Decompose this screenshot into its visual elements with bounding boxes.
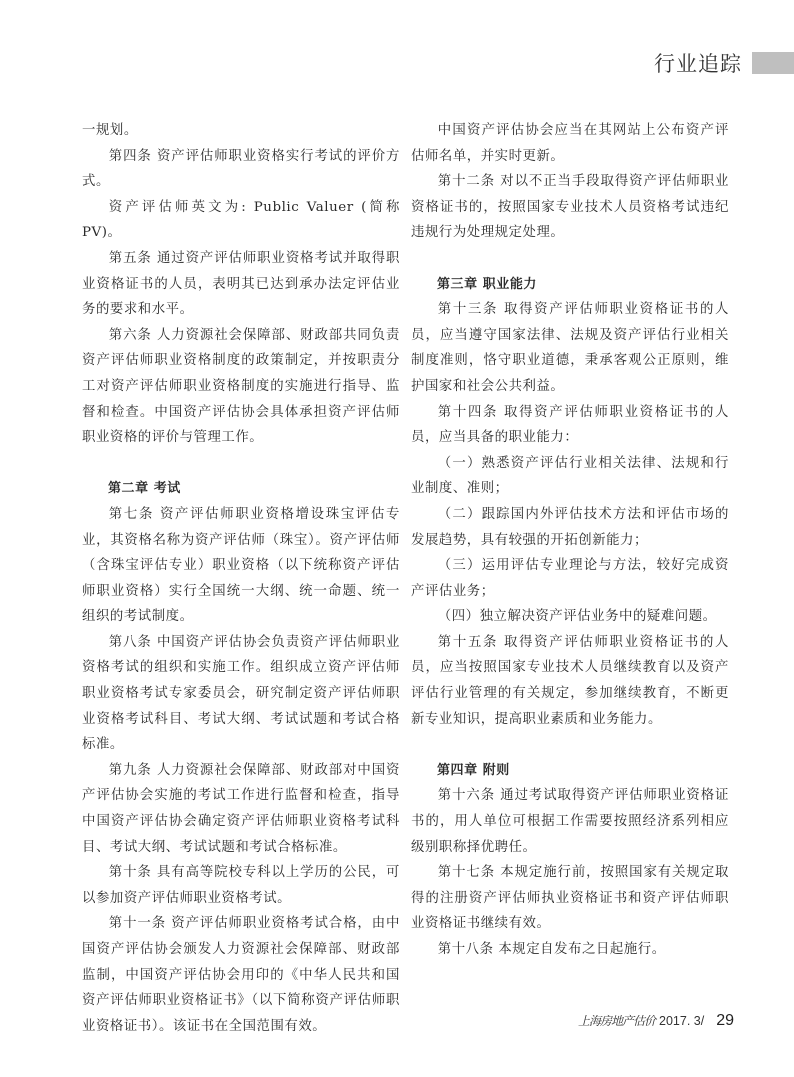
article-paragraph: 第十八条 本规定自发布之日起施行。 xyxy=(411,937,729,963)
article-paragraph: 第四条 资产评估师职业资格实行考试的评价方式。 xyxy=(82,144,400,195)
article-paragraph: 第十七条 本规定施行前，按照国家有关规定取得的注册资产评估师执业资格证书和资产评… xyxy=(411,860,729,937)
article-paragraph: 第十三条 取得资产评估师职业资格证书的人员，应当遵守国家法律、法规及资产评估行业… xyxy=(411,297,729,399)
issue-number: 2017. 3/ xyxy=(659,1014,704,1028)
article-paragraph: 第十条 具有高等院校专科以上学历的公民，可以参加资产评估师职业资格考试。 xyxy=(82,860,400,911)
chapter-heading: 第二章 考试 xyxy=(82,476,400,502)
chapter-heading: 第三章 职业能力 xyxy=(411,272,729,298)
article-paragraph: （三）运用评估专业理论与方法，较好完成资产评估业务； xyxy=(411,553,729,604)
page-number: 29 xyxy=(716,1012,734,1030)
article-paragraph: （二）跟踪国内外评估技术方法和评估市场的发展趋势，具有较强的开拓创新能力； xyxy=(411,502,729,553)
article-paragraph: 第十六条 通过考试取得资产评估师职业资格证书的，用人单位可根据工作需要按照经济系… xyxy=(411,783,729,860)
header-gray-bar xyxy=(752,52,794,74)
article-paragraph: 第五条 通过资产评估师职业资格考试并取得职业资格证书的人员，表明其已达到承办法定… xyxy=(82,246,400,323)
article-paragraph: 第六条 人力资源社会保障部、财政部共同负责资产评估师职业资格制度的政策制定，并按… xyxy=(82,323,400,451)
article-paragraph: （一）熟悉资产评估行业相关法律、法规和行业制度、准则； xyxy=(411,451,729,502)
left-text-column: 一规划。第四条 资产评估师职业资格实行考试的评价方式。资产评估师英文为: Pub… xyxy=(82,118,400,1039)
article-paragraph: 第十五条 取得资产评估师职业资格证书的人员，应当按照国家专业技术人员继续教育以及… xyxy=(411,630,729,732)
article-paragraph: 第九条 人力资源社会保障部、财政部对中国资产评估协会实施的考试工作进行监督和检查… xyxy=(82,758,400,860)
magazine-logo: 上海房地产估价 xyxy=(578,1012,655,1029)
chapter-heading: 第四章 附则 xyxy=(411,758,729,784)
article-paragraph: 第十二条 对以不正当手段取得资产评估师职业资格证书的，按照国家专业技术人员资格考… xyxy=(411,169,729,246)
article-paragraph: 第十四条 取得资产评估师职业资格证书的人员，应当具备的职业能力： xyxy=(411,400,729,451)
page-footer: 上海房地产估价 2017. 3/ 29 xyxy=(578,1012,734,1030)
article-paragraph: 中国资产评估协会应当在其网站上公布资产评估师名单，并实时更新。 xyxy=(411,118,729,169)
section-title: 行业追踪 xyxy=(654,48,742,78)
article-paragraph: （四）独立解决资产评估业务中的疑难问题。 xyxy=(411,604,729,630)
section-header: 行业追踪 xyxy=(654,50,794,76)
article-paragraph: 第八条 中国资产评估协会负责资产评估师职业资格考试的组织和实施工作。组织成立资产… xyxy=(82,630,400,758)
article-paragraph: 资产评估师英文为: Public Valuer (简称 PV)。 xyxy=(82,195,400,246)
right-text-column: 中国资产评估协会应当在其网站上公布资产评估师名单，并实时更新。第十二条 对以不正… xyxy=(411,118,729,963)
article-paragraph: 第七条 资产评估师职业资格增设珠宝评估专业，其资格名称为资产评估师（珠宝）。资产… xyxy=(82,502,400,630)
article-paragraph: 一规划。 xyxy=(82,118,400,144)
article-paragraph: 第十一条 资产评估师职业资格考试合格，由中国资产评估协会颁发人力资源社会保障部、… xyxy=(82,911,400,1039)
